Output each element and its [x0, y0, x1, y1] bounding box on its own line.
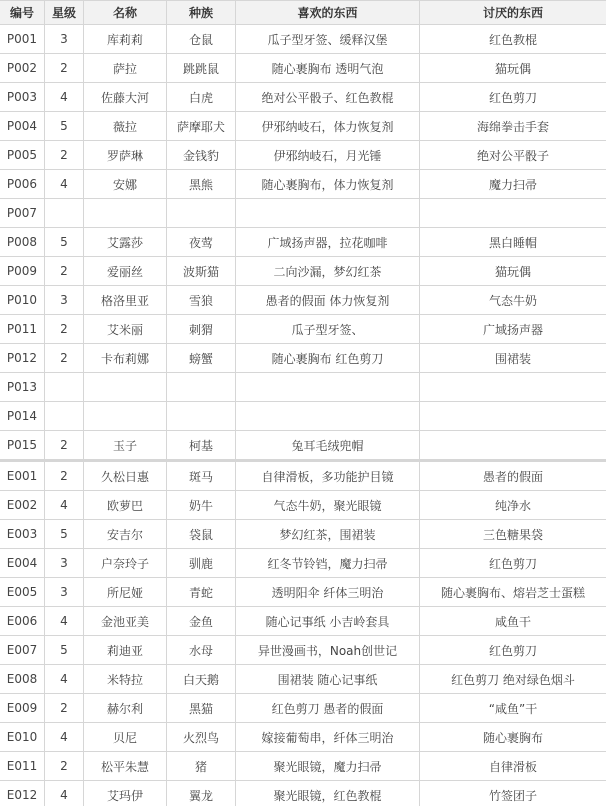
cell-name: 艾玛伊 — [84, 781, 167, 806]
cell-likes: 瓜子型牙签、缓释汉堡 — [236, 25, 420, 54]
table-row: P0092爱丽丝波斯猫二向沙漏，梦幻红茶猫玩偶 — [0, 257, 606, 286]
cell-name: 久松日惠 — [84, 461, 167, 491]
cell-star: 2 — [45, 431, 84, 461]
cell-likes: 聚光眼镜，魔力扫帚 — [236, 752, 420, 781]
cell-star: 2 — [45, 694, 84, 723]
cell-race: 斑马 — [167, 461, 236, 491]
cell-name: 罗萨琳 — [84, 141, 167, 170]
cell-star — [45, 373, 84, 402]
table-row: P0034佐藤大河白虎绝对公平骰子、红色教棍红色剪刀 — [0, 83, 606, 112]
cell-dislikes: 绝对公平骰子 — [420, 141, 606, 170]
cell-id: P013 — [0, 373, 45, 402]
header-star: 星级 — [45, 1, 84, 25]
cell-race: 黑熊 — [167, 170, 236, 199]
cell-star: 4 — [45, 83, 84, 112]
cell-star: 2 — [45, 141, 84, 170]
table-row: P0064安娜黑熊随心裹胸布，体力恢复剂魔力扫帚 — [0, 170, 606, 199]
cell-star — [45, 402, 84, 431]
table-row: E0012久松日惠斑马自律滑板，多功能护目镜愚者的假面 — [0, 461, 606, 491]
cell-dislikes — [420, 431, 606, 461]
cell-name: 格洛里亚 — [84, 286, 167, 315]
cell-likes: 透明阳伞 纤体三明治 — [236, 578, 420, 607]
cell-dislikes: 随心裹胸布 — [420, 723, 606, 752]
cell-race: 奶牛 — [167, 491, 236, 520]
cell-likes: 瓜子型牙签、 — [236, 315, 420, 344]
cell-id: E006 — [0, 607, 45, 636]
header-name: 名称 — [84, 1, 167, 25]
cell-star: 2 — [45, 752, 84, 781]
cell-race: 雪狼 — [167, 286, 236, 315]
header-likes: 喜欢的东西 — [236, 1, 420, 25]
cell-star: 4 — [45, 665, 84, 694]
cell-likes: 围裙装 随心记事纸 — [236, 665, 420, 694]
cell-race: 波斯猫 — [167, 257, 236, 286]
cell-name: 卡布莉娜 — [84, 344, 167, 373]
cell-dislikes — [420, 402, 606, 431]
cell-dislikes: 红色剪刀 — [420, 83, 606, 112]
cell-race: 青蛇 — [167, 578, 236, 607]
cell-race: 驯鹿 — [167, 549, 236, 578]
cell-name: 萨拉 — [84, 54, 167, 83]
cell-race: 火烈鸟 — [167, 723, 236, 752]
header-row: 编号 星级 名称 种族 喜欢的东西 讨厌的东西 — [0, 1, 606, 25]
cell-star: 4 — [45, 491, 84, 520]
cell-name: 米特拉 — [84, 665, 167, 694]
cell-star: 2 — [45, 315, 84, 344]
cell-id: P006 — [0, 170, 45, 199]
cell-race: 白虎 — [167, 83, 236, 112]
cell-id: E003 — [0, 520, 45, 549]
cell-dislikes: 红色剪刀 — [420, 549, 606, 578]
header-dislikes: 讨厌的东西 — [420, 1, 606, 25]
cell-likes — [236, 402, 420, 431]
table-row: E0053所尼娅青蛇透明阳伞 纤体三明治随心裹胸布、熔岩芝士蛋糕 — [0, 578, 606, 607]
cell-name — [84, 373, 167, 402]
table-row: P0103格洛里亚雪狼愚者的假面 体力恢复剂气态牛奶 — [0, 286, 606, 315]
cell-likes: 气态牛奶，聚光眼镜 — [236, 491, 420, 520]
cell-dislikes: 红色教棍 — [420, 25, 606, 54]
cell-star: 2 — [45, 257, 84, 286]
header-id: 编号 — [0, 1, 45, 25]
cell-name: 金池亚美 — [84, 607, 167, 636]
cell-star: 4 — [45, 723, 84, 752]
cell-dislikes: 红色剪刀 — [420, 636, 606, 665]
cell-dislikes: 随心裹胸布、熔岩芝士蛋糕 — [420, 578, 606, 607]
cell-id: E009 — [0, 694, 45, 723]
cell-name: 玉子 — [84, 431, 167, 461]
cell-id: P004 — [0, 112, 45, 141]
cell-race: 袋鼠 — [167, 520, 236, 549]
cell-dislikes: 愚者的假面 — [420, 461, 606, 491]
cell-id: P001 — [0, 25, 45, 54]
cell-dislikes — [420, 199, 606, 228]
cell-likes — [236, 373, 420, 402]
cell-id: E008 — [0, 665, 45, 694]
cell-id: P010 — [0, 286, 45, 315]
cell-dislikes: 广域扬声器 — [420, 315, 606, 344]
cell-likes: 随心记事纸 小吉岭套具 — [236, 607, 420, 636]
table-row: P013 — [0, 373, 606, 402]
cell-race — [167, 402, 236, 431]
cell-name: 松平朱慧 — [84, 752, 167, 781]
cell-likes: 红冬节铃铛，魔力扫帚 — [236, 549, 420, 578]
cell-name — [84, 199, 167, 228]
cell-race: 夜莺 — [167, 228, 236, 257]
cell-dislikes: 三色糖果袋 — [420, 520, 606, 549]
cell-dislikes: 魔力扫帚 — [420, 170, 606, 199]
cell-name: 莉迪亚 — [84, 636, 167, 665]
cell-star: 5 — [45, 112, 84, 141]
cell-star: 3 — [45, 25, 84, 54]
table-row: E0104贝尼火烈鸟嫁接葡萄串，纤体三明治随心裹胸布 — [0, 723, 606, 752]
cell-dislikes: 红色剪刀 绝对绿色烟斗 — [420, 665, 606, 694]
table-row: E0043户奈玲子驯鹿红冬节铃铛，魔力扫帚红色剪刀 — [0, 549, 606, 578]
cell-name: 安娜 — [84, 170, 167, 199]
table-row: P0152玉子柯基兔耳毛绒兜帽 — [0, 431, 606, 461]
table-row: P0112艾米丽刺猬瓜子型牙签、广域扬声器 — [0, 315, 606, 344]
cell-likes: 兔耳毛绒兜帽 — [236, 431, 420, 461]
table-row: E0112松平朱慧猪聚光眼镜，魔力扫帚自律滑板 — [0, 752, 606, 781]
cell-id: E012 — [0, 781, 45, 806]
table-row: E0075莉迪亚水母异世漫画书，Noah创世记红色剪刀 — [0, 636, 606, 665]
cell-name: 佐藤大河 — [84, 83, 167, 112]
cell-likes: 异世漫画书，Noah创世记 — [236, 636, 420, 665]
cell-star: 5 — [45, 636, 84, 665]
cell-star: 2 — [45, 344, 84, 373]
cell-name: 赫尔利 — [84, 694, 167, 723]
cell-race: 柯基 — [167, 431, 236, 461]
cell-dislikes: 黑白睡帽 — [420, 228, 606, 257]
cell-star: 4 — [45, 170, 84, 199]
cell-dislikes — [420, 373, 606, 402]
cell-star: 4 — [45, 781, 84, 806]
cell-name: 贝尼 — [84, 723, 167, 752]
cell-star: 2 — [45, 461, 84, 491]
cell-dislikes: 竹签团子 — [420, 781, 606, 806]
table-row: P0045薇拉萨摩耶犬伊邪纳岐石，体力恢复剂海绵拳击手套 — [0, 112, 606, 141]
cell-dislikes: 自律滑板 — [420, 752, 606, 781]
cell-likes — [236, 199, 420, 228]
cell-id: P003 — [0, 83, 45, 112]
cell-id: P008 — [0, 228, 45, 257]
cell-likes: 随心裹胸布 透明气泡 — [236, 54, 420, 83]
cell-race: 水母 — [167, 636, 236, 665]
cell-name: 薇拉 — [84, 112, 167, 141]
table-row: E0124艾玛伊翼龙聚光眼镜，红色教棍竹签团子 — [0, 781, 606, 806]
cell-star: 3 — [45, 578, 84, 607]
cell-likes: 自律滑板，多功能护目镜 — [236, 461, 420, 491]
cell-id: P002 — [0, 54, 45, 83]
cell-id: E005 — [0, 578, 45, 607]
cell-star: 2 — [45, 54, 84, 83]
cell-id: P005 — [0, 141, 45, 170]
cell-likes: 广域扬声器，拉花咖啡 — [236, 228, 420, 257]
cell-name — [84, 402, 167, 431]
cell-likes: 二向沙漏，梦幻红茶 — [236, 257, 420, 286]
cell-name: 安吉尔 — [84, 520, 167, 549]
cell-likes: 梦幻红茶，围裙装 — [236, 520, 420, 549]
cell-star: 5 — [45, 228, 84, 257]
cell-name: 户奈玲子 — [84, 549, 167, 578]
cell-race: 金钱豹 — [167, 141, 236, 170]
table-row: P014 — [0, 402, 606, 431]
table-row: P007 — [0, 199, 606, 228]
table-header: 编号 星级 名称 种族 喜欢的东西 讨厌的东西 — [0, 1, 606, 25]
cell-likes: 伊邪纳岐石，体力恢复剂 — [236, 112, 420, 141]
table-body: P0013库莉莉仓鼠瓜子型牙签、缓释汉堡红色教棍P0022萨拉跳跳鼠随心裹胸布 … — [0, 25, 606, 806]
cell-id: E002 — [0, 491, 45, 520]
cell-race: 黑猫 — [167, 694, 236, 723]
cell-id: P012 — [0, 344, 45, 373]
cell-name: 库莉莉 — [84, 25, 167, 54]
cell-race: 翼龙 — [167, 781, 236, 806]
cell-dislikes: 气态牛奶 — [420, 286, 606, 315]
cell-likes: 伊邪纳岐石，月光锤 — [236, 141, 420, 170]
cell-name: 欧萝巴 — [84, 491, 167, 520]
character-preferences-table: 编号 星级 名称 种族 喜欢的东西 讨厌的东西 P0013库莉莉仓鼠瓜子型牙签、… — [0, 0, 606, 806]
cell-likes: 嫁接葡萄串，纤体三明治 — [236, 723, 420, 752]
cell-race: 猪 — [167, 752, 236, 781]
table-row: P0085艾露莎夜莺广域扬声器，拉花咖啡黑白睡帽 — [0, 228, 606, 257]
table-row: P0052罗萨琳金钱豹伊邪纳岐石，月光锤绝对公平骰子 — [0, 141, 606, 170]
cell-star — [45, 199, 84, 228]
cell-id: P011 — [0, 315, 45, 344]
cell-dislikes: 猫玩偶 — [420, 54, 606, 83]
cell-race: 萨摩耶犬 — [167, 112, 236, 141]
cell-likes: 绝对公平骰子、红色教棍 — [236, 83, 420, 112]
cell-race — [167, 199, 236, 228]
cell-likes: 随心裹胸布，体力恢复剂 — [236, 170, 420, 199]
cell-id: E011 — [0, 752, 45, 781]
cell-star: 4 — [45, 607, 84, 636]
cell-dislikes: 猫玩偶 — [420, 257, 606, 286]
cell-race — [167, 373, 236, 402]
table-row: P0013库莉莉仓鼠瓜子型牙签、缓释汉堡红色教棍 — [0, 25, 606, 54]
cell-name: 所尼娅 — [84, 578, 167, 607]
cell-id: P015 — [0, 431, 45, 461]
cell-id: E010 — [0, 723, 45, 752]
cell-dislikes: 围裙装 — [420, 344, 606, 373]
cell-race: 螃蟹 — [167, 344, 236, 373]
table-row: P0122卡布莉娜螃蟹随心裹胸布 红色剪刀围裙装 — [0, 344, 606, 373]
table-row: E0084米特拉白天鹅围裙装 随心记事纸红色剪刀 绝对绿色烟斗 — [0, 665, 606, 694]
cell-name: 艾米丽 — [84, 315, 167, 344]
table-row: E0024欧萝巴奶牛气态牛奶，聚光眼镜纯净水 — [0, 491, 606, 520]
table-row: P0022萨拉跳跳鼠随心裹胸布 透明气泡猫玩偶 — [0, 54, 606, 83]
table-row: E0035安吉尔袋鼠梦幻红茶，围裙装三色糖果袋 — [0, 520, 606, 549]
cell-race: 金鱼 — [167, 607, 236, 636]
cell-name: 爱丽丝 — [84, 257, 167, 286]
cell-likes: 聚光眼镜，红色教棍 — [236, 781, 420, 806]
cell-dislikes: 咸鱼干 — [420, 607, 606, 636]
cell-dislikes: “咸鱼”干 — [420, 694, 606, 723]
cell-dislikes: 纯净水 — [420, 491, 606, 520]
cell-star: 5 — [45, 520, 84, 549]
cell-race: 刺猬 — [167, 315, 236, 344]
cell-name: 艾露莎 — [84, 228, 167, 257]
cell-star: 3 — [45, 549, 84, 578]
cell-id: E001 — [0, 461, 45, 491]
cell-id: P007 — [0, 199, 45, 228]
cell-likes: 愚者的假面 体力恢复剂 — [236, 286, 420, 315]
cell-dislikes: 海绵拳击手套 — [420, 112, 606, 141]
cell-star: 3 — [45, 286, 84, 315]
cell-id: E004 — [0, 549, 45, 578]
table-row: E0064金池亚美金鱼随心记事纸 小吉岭套具咸鱼干 — [0, 607, 606, 636]
cell-id: P014 — [0, 402, 45, 431]
cell-race: 仓鼠 — [167, 25, 236, 54]
cell-likes: 红色剪刀 愚者的假面 — [236, 694, 420, 723]
cell-race: 白天鹅 — [167, 665, 236, 694]
cell-race: 跳跳鼠 — [167, 54, 236, 83]
cell-id: P009 — [0, 257, 45, 286]
cell-likes: 随心裹胸布 红色剪刀 — [236, 344, 420, 373]
cell-id: E007 — [0, 636, 45, 665]
header-race: 种族 — [167, 1, 236, 25]
table-row: E0092赫尔利黑猫红色剪刀 愚者的假面“咸鱼”干 — [0, 694, 606, 723]
